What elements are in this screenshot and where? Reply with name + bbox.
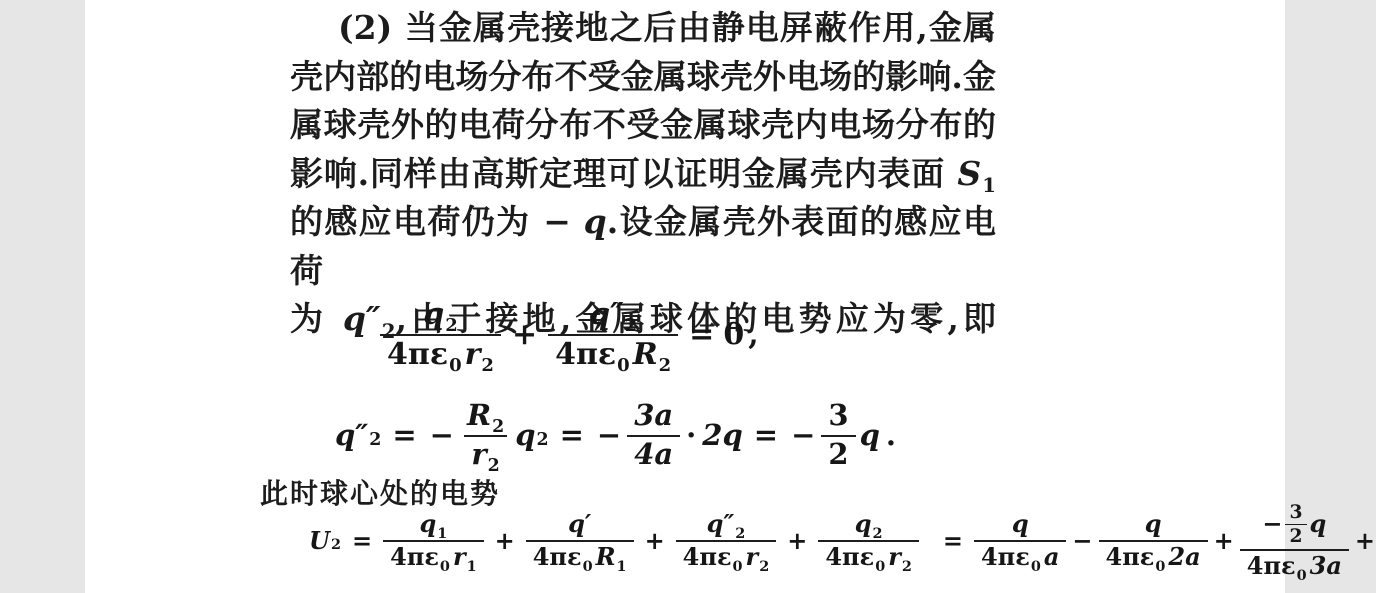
math-subscript: 2 — [902, 558, 912, 575]
math-const: 4πε — [533, 542, 582, 571]
math-subscript: 0 — [1297, 567, 1307, 584]
math-symbol-minus-q: − q — [543, 202, 607, 241]
denominator: 4a — [627, 435, 680, 471]
math-subscript: 0 — [617, 355, 630, 376]
fraction: q1 4πε0r1 — [383, 511, 484, 571]
math-subscript: 0 — [733, 558, 743, 575]
numerator: q2 — [416, 298, 465, 334]
period: . — [886, 418, 896, 452]
math-const: 4πε — [981, 542, 1030, 571]
fraction: 3a 4a — [627, 400, 680, 471]
math-number: 0 — [723, 317, 744, 352]
paragraph-line-4: 影响.同样由高斯定理可以证明金属壳内表面 S1 — [290, 150, 996, 199]
denominator: 2 — [821, 435, 855, 471]
numerator: q2 — [848, 511, 890, 540]
fraction: 3 2 — [821, 400, 855, 471]
math-var: q′ — [568, 509, 591, 538]
math-subscript: 0 — [440, 558, 450, 575]
plus-operator: + — [787, 526, 807, 555]
math-subscript: 0 — [875, 558, 885, 575]
math-const: 4πε — [1106, 542, 1155, 571]
denominator: 2 — [1285, 524, 1306, 547]
math-subscript: 1 — [437, 525, 447, 542]
math-const: 4πε — [1247, 551, 1296, 580]
equals-operator: = — [689, 317, 714, 352]
denominator: 4πε0r2 — [676, 540, 777, 570]
math-const: 4πε — [390, 542, 439, 571]
plus-operator: + — [645, 526, 665, 555]
math-subscript: 1 — [982, 173, 996, 197]
fraction: R2 r2 — [460, 400, 511, 471]
math-var: q″ — [335, 418, 368, 452]
numerator: q — [1005, 511, 1036, 540]
math-subscript: 1 — [617, 558, 627, 575]
math-var: R — [596, 542, 616, 571]
math-subscript: 2 — [735, 525, 745, 542]
denominator: 4πε0R2 — [548, 334, 678, 371]
math-var: r — [471, 437, 486, 471]
math-subscript: 0 — [583, 558, 593, 575]
math-subscript: 2 — [445, 315, 458, 336]
math-var: R — [467, 398, 491, 432]
math-const: 4πε — [825, 542, 874, 571]
numerator: 3a — [627, 400, 680, 435]
math-var: q — [855, 509, 872, 538]
math-var: q — [423, 297, 444, 332]
math-subscript: 0 — [449, 355, 462, 376]
line-text: 为 — [290, 299, 343, 338]
math-subscript: 0 — [1155, 558, 1165, 575]
math-var: r — [746, 542, 759, 571]
math-term: q — [860, 418, 880, 452]
math-const: 4πε — [387, 337, 448, 372]
math-subscript: 2 — [872, 525, 882, 542]
minus-operator: − — [1072, 526, 1092, 555]
math-var: q″ — [707, 509, 735, 538]
equals-operator: = — [352, 526, 372, 555]
minus-operator: − — [430, 418, 454, 452]
math-var: q″ — [343, 299, 381, 338]
fraction: q′ 4πε0R1 — [526, 511, 634, 571]
math-var: r — [465, 337, 481, 372]
math-term: U2 — [309, 526, 341, 555]
denominator: 4πε02a — [1099, 540, 1208, 570]
fraction-with-nested-numerator: − 3 2 q 4πε03a — [1240, 502, 1349, 580]
math-const: 4πε — [555, 337, 616, 372]
numerator: 3 — [821, 400, 855, 435]
line-text: 壳内部的电场分布不受金属球壳外电场的影响.金 — [290, 57, 996, 96]
numerator: q1 — [412, 511, 454, 540]
math-subscript: 0 — [1031, 558, 1041, 575]
math-var: q — [419, 509, 436, 538]
plus-operator: + — [495, 526, 515, 555]
minus-operator: − — [1262, 511, 1282, 537]
math-const: 4πε — [683, 542, 732, 571]
math-term: q2 — [515, 418, 548, 452]
math-subscript: 2 — [659, 355, 672, 376]
numerator: R2 — [460, 400, 511, 435]
denominator: 4πε0r1 — [383, 540, 484, 570]
comma: , — [748, 317, 758, 352]
minus-operator: − — [791, 418, 815, 452]
line-text: 影响.同样由高斯定理可以证明金属壳内表面 — [290, 154, 957, 193]
line-text: (2) 当金属壳接地之后由静电屏蔽作用,金属 — [338, 8, 996, 47]
minus-operator: − — [597, 418, 621, 452]
math-var: U — [309, 526, 330, 555]
math-var: 2a — [1168, 542, 1200, 571]
math-var: q — [1310, 511, 1327, 537]
paragraph: (2) 当金属壳接地之后由静电屏蔽作用,金属 壳内部的电场分布不受金属球壳外电场… — [290, 4, 996, 344]
plus-operator: + — [1214, 526, 1234, 555]
math-var: q″ — [589, 297, 623, 332]
math-subscript: 2 — [492, 417, 504, 437]
line-text: 的感应电荷仍为 — [290, 202, 543, 241]
math-var: r — [453, 542, 466, 571]
math-subscript: 1 — [467, 558, 477, 575]
math-var: R — [633, 337, 658, 372]
equation-potential-zero: q2 4πε0r2 + q″2 4πε0R2 = 0 , — [378, 298, 763, 371]
numerator: q″2 — [582, 298, 644, 334]
math-subscript: 2 — [759, 558, 769, 575]
denominator: 4πε0R1 — [526, 540, 634, 570]
denominator: 4πε0a — [974, 540, 1066, 570]
equation-center-potential: U2 = q1 4πε0r1 + q′ 4πε0R1 + q″2 4πε0r2 … — [307, 502, 1376, 580]
line-text: 属球壳外的电荷分布不受金属球壳内电场分布的 — [290, 105, 996, 144]
denominator: r2 — [464, 435, 506, 471]
paragraph-line-5: 的感应电荷仍为 − q.设金属壳外表面的感应电荷 — [290, 198, 996, 295]
paragraph-line-1: (2) 当金属壳接地之后由静电屏蔽作用,金属 — [290, 4, 996, 53]
plus-operator: + — [512, 317, 537, 352]
fraction: q 4πε02a — [1099, 511, 1208, 571]
nested-fraction: 3 2 — [1285, 502, 1306, 546]
denominator: 4πε0r2 — [380, 334, 501, 371]
denominator: 4πε03a — [1240, 549, 1349, 579]
equals-operator: = — [754, 418, 778, 452]
equals-operator: = — [392, 418, 416, 452]
fraction: q2 4πε0r2 — [380, 298, 501, 371]
math-term: 2q — [702, 418, 742, 452]
paragraph-line-2: 壳内部的电场分布不受金属球壳外电场的影响.金 — [290, 53, 996, 102]
numerator: q — [1138, 511, 1169, 540]
denominator: 4πε0r2 — [818, 540, 919, 570]
numerator: q″2 — [700, 511, 753, 540]
dot-operator: · — [686, 418, 696, 452]
scanned-textbook-page: (2) 当金属壳接地之后由静电屏蔽作用,金属 壳内部的电场分布不受金属球壳外电场… — [85, 0, 1285, 593]
equals-operator: = — [943, 526, 963, 555]
numerator: q′ — [561, 511, 598, 540]
equals-operator: = — [560, 418, 584, 452]
math-var: r — [888, 542, 901, 571]
math-var: q — [515, 418, 535, 452]
math-symbol-S1: S1 — [957, 154, 996, 193]
fraction: q 4πε0a — [974, 511, 1066, 571]
math-term: q″2 — [335, 418, 381, 452]
plus-operator: + — [1355, 526, 1375, 555]
numerator: 3 — [1285, 502, 1306, 524]
math-subscript: 2 — [481, 355, 494, 376]
numerator: − 3 2 q — [1255, 502, 1333, 549]
paragraph-line-3: 属球壳外的电荷分布不受金属球壳内电场分布的 — [290, 101, 996, 150]
math-var: S — [957, 154, 981, 193]
fraction: q″2 4πε0R2 — [548, 298, 678, 371]
fraction: q″2 4πε0r2 — [676, 511, 777, 571]
fraction: q2 4πε0r2 — [818, 511, 919, 571]
math-var: a — [1044, 542, 1060, 571]
equation-induced-charge: q″2 = − R2 r2 q2 = − 3a 4a · 2q = − 3 2 … — [333, 400, 900, 471]
math-var: 3a — [1310, 551, 1342, 580]
math-subscript: 2 — [625, 315, 638, 336]
